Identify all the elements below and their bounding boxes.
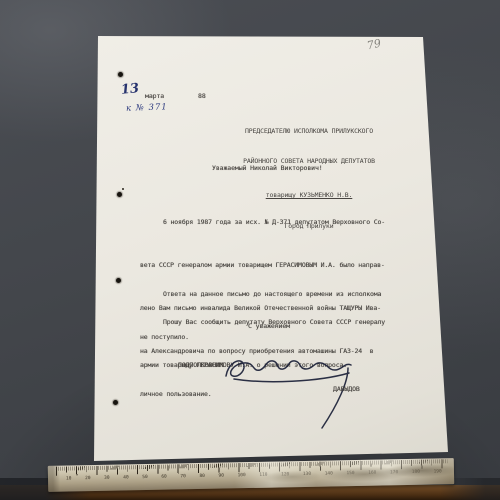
date-month: марта <box>145 92 164 100</box>
punch-hole-speck <box>122 188 124 190</box>
date-year: 88 <box>198 92 206 100</box>
ruler-number: 130 <box>303 472 311 477</box>
ruler-number: 180 <box>412 470 420 475</box>
ruler-number: 190 <box>434 469 442 474</box>
ruler-number: 70 <box>180 474 186 479</box>
photo-background: 79 13 марта 88 к № 371 ПРЕДСЕДАТЕЛЮ ИСПО… <box>0 0 500 500</box>
closing: С уважением <box>248 322 290 330</box>
punch-hole <box>117 192 122 197</box>
ruler-number: 160 <box>368 471 376 476</box>
ruler-number: 140 <box>325 471 333 476</box>
body-line: 6 ноября 1987 года за исх. № Д-371 депут… <box>140 215 402 229</box>
recipient-line: ПРЕДСЕДАТЕЛЮ ИСПОЛКОМА ПРИЛУКСКОГО <box>238 126 380 136</box>
ruler-number: 100 <box>238 473 246 478</box>
ruler-number: 60 <box>161 475 167 480</box>
ruler-number: 80 <box>199 474 205 479</box>
punch-hole <box>113 400 118 405</box>
ruler-number: 40 <box>123 475 129 480</box>
page-number-handwritten: 79 <box>366 37 382 53</box>
ruler-number: 10 <box>66 476 72 481</box>
ruler-number: 30 <box>104 476 110 481</box>
punch-hole <box>118 72 123 77</box>
ruler-number: 120 <box>281 472 289 477</box>
ruler-number: 20 <box>85 476 91 481</box>
punch-hole <box>116 278 121 283</box>
ruler-number: 150 <box>346 471 354 476</box>
ref-number-handwritten: к № 371 <box>126 102 168 113</box>
ruler-number: 170 <box>390 470 398 475</box>
ruler-number: 50 <box>142 475 148 480</box>
signer-title: ПОДПОЛКОВНИК <box>178 361 224 369</box>
signature-scribble <box>218 346 368 456</box>
ruler-number: 110 <box>259 473 267 478</box>
ruler-number: 90 <box>218 474 224 479</box>
signer-name: ДАВЫДОВ <box>333 385 360 393</box>
greeting: Уважаемый Николай Викторович! <box>212 164 323 172</box>
date-day-handwritten: 13 <box>120 81 140 98</box>
document-page: 79 13 марта 88 к № 371 ПРЕДСЕДАТЕЛЮ ИСПО… <box>88 30 452 465</box>
